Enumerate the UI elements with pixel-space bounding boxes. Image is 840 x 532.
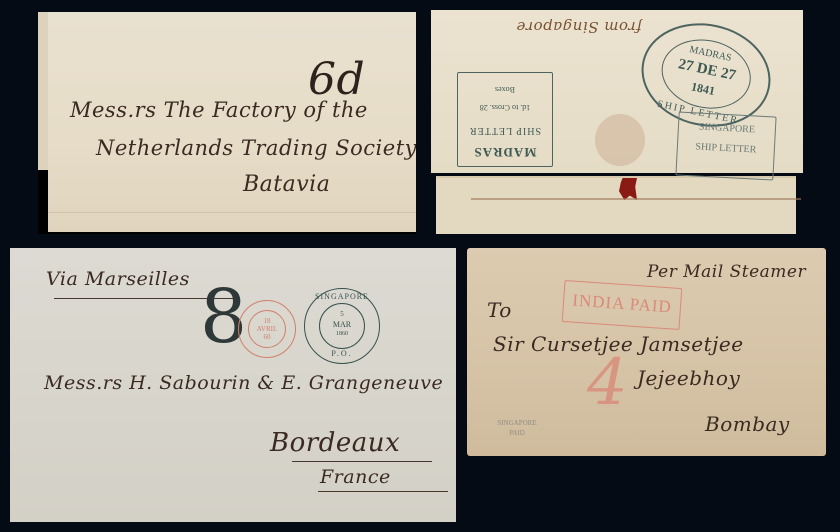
stamp-text: SINGAPORE [679,121,775,137]
address-line-1: Mess.rs The Factory of the [70,98,368,122]
address-line-3: Batavia [243,172,330,197]
endorsement: Per Mail Steamer [647,262,806,282]
seal-stain [595,114,645,166]
cover-batavia: 6d Mess.rs The Factory of the Netherland… [38,12,416,234]
fold-line [48,212,416,213]
stamp-text: Boxes [458,85,552,94]
stamp-text: 1d. to Cross. 28 [458,103,552,112]
french-entry-cds: 18 AVRIL 60 [238,300,296,358]
address-line-2: Netherlands Trading Society [96,136,416,160]
stamp-text: 1860 [305,331,379,337]
cover-madras-ship-letter: from Singapore MADRAS SHIP LETTER 1d. to… [431,10,803,234]
address-line-3: Bombay [705,412,790,436]
stamp-text: MADRAS [458,144,552,160]
singapore-paid-stamp: SINGAPORE PAID [477,418,557,438]
cover-back-fold [436,176,796,234]
cover-paper [48,12,416,232]
address-line-1: Mess.rs H. Sabourin & E. Grangeneuve [44,372,443,394]
stamp-text: MAR [305,320,379,329]
cover-bordeaux: Via Marseilles 8 18 AVRIL 60 SINGAPORE 5… [10,248,456,522]
stamp-text: 18 [239,317,295,325]
madras-ship-letter-stamp: MADRAS SHIP LETTER 1d. to Cross. 28 Boxe… [457,72,553,167]
address-line-2: Bordeaux [270,428,400,458]
stamp-text: 60 [239,333,295,341]
stamp-text: SHIP LETTER [678,140,774,156]
address-line-2: Jejeebhoy [637,366,740,390]
rate-marking: 4 [587,346,628,420]
stamp-text: INDIA PAID [564,290,681,318]
stamp-text: SHIP LETTER [458,125,552,136]
stamp-text: AVRIL [239,325,295,333]
stamp-text: P.O. [305,349,379,358]
manuscript-from: from Singapore [516,18,642,36]
india-paid-stamp: INDIA PAID [562,280,683,330]
country-underline [318,491,448,492]
cover-bombay: Per Mail Steamer INDIA PAID To Sir Curse… [467,248,826,456]
singapore-ship-letter-stamp: SINGAPORE SHIP LETTER [675,111,776,180]
address-line-3: France [320,466,391,488]
city-underline [292,461,432,462]
singapore-cds: SINGAPORE 5 MAR 1860 P.O. [304,288,380,364]
stamp-text: SINGAPORE [305,292,379,301]
route-endorsement: Via Marseilles [46,268,190,290]
stamp-text: 5 [305,310,379,318]
stamp-text: PAID [477,428,557,438]
address-to: To [487,298,512,322]
docket-line [471,198,801,200]
stamp-text: SINGAPORE [477,418,557,428]
